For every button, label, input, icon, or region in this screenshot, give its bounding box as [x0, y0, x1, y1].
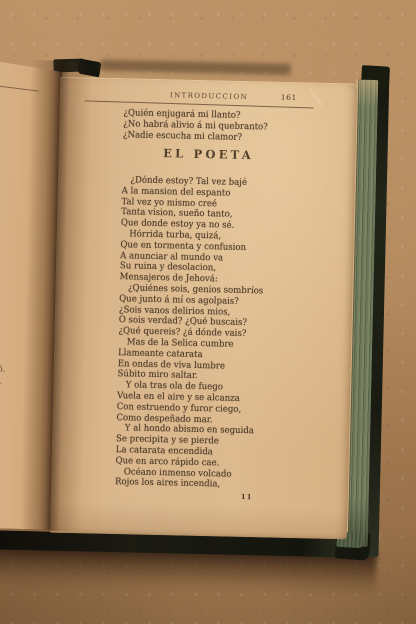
back-cover-top-edge — [100, 60, 290, 75]
running-title: INTRODUCCION — [170, 91, 248, 101]
left-page-text-fragment: rió. — [0, 364, 5, 373]
paper-scratch — [309, 88, 323, 106]
page-number: 161 — [281, 93, 297, 102]
poem-line: Rojos los aires incendia, — [115, 477, 259, 491]
left-page-header-rule — [0, 85, 39, 91]
poem-title: EL POETA — [94, 145, 322, 164]
cover-spine-top — [77, 59, 101, 78]
poem-body: ¿Dónde estoy? Tal vez bajéA la mansion d… — [115, 175, 273, 491]
book-page: INTRODUCCION 161 ¿Quién enjugará mi llan… — [50, 77, 357, 540]
left-page-text-fragment: !... — [0, 376, 2, 385]
book-photo: rió. !... ! no INTRODUCCION 161 ¿Quién e… — [0, 0, 416, 624]
open-book: rió. !... ! no INTRODUCCION 161 ¿Quién e… — [0, 0, 416, 624]
signature-mark: 11 — [241, 492, 253, 501]
previous-poem-closing-lines: ¿Quién enjugará mi llanto?¿No habrá aliv… — [123, 108, 276, 144]
poem-line: ¿Nadie escucha mi clamor? — [123, 130, 268, 144]
header-rule — [85, 100, 314, 108]
